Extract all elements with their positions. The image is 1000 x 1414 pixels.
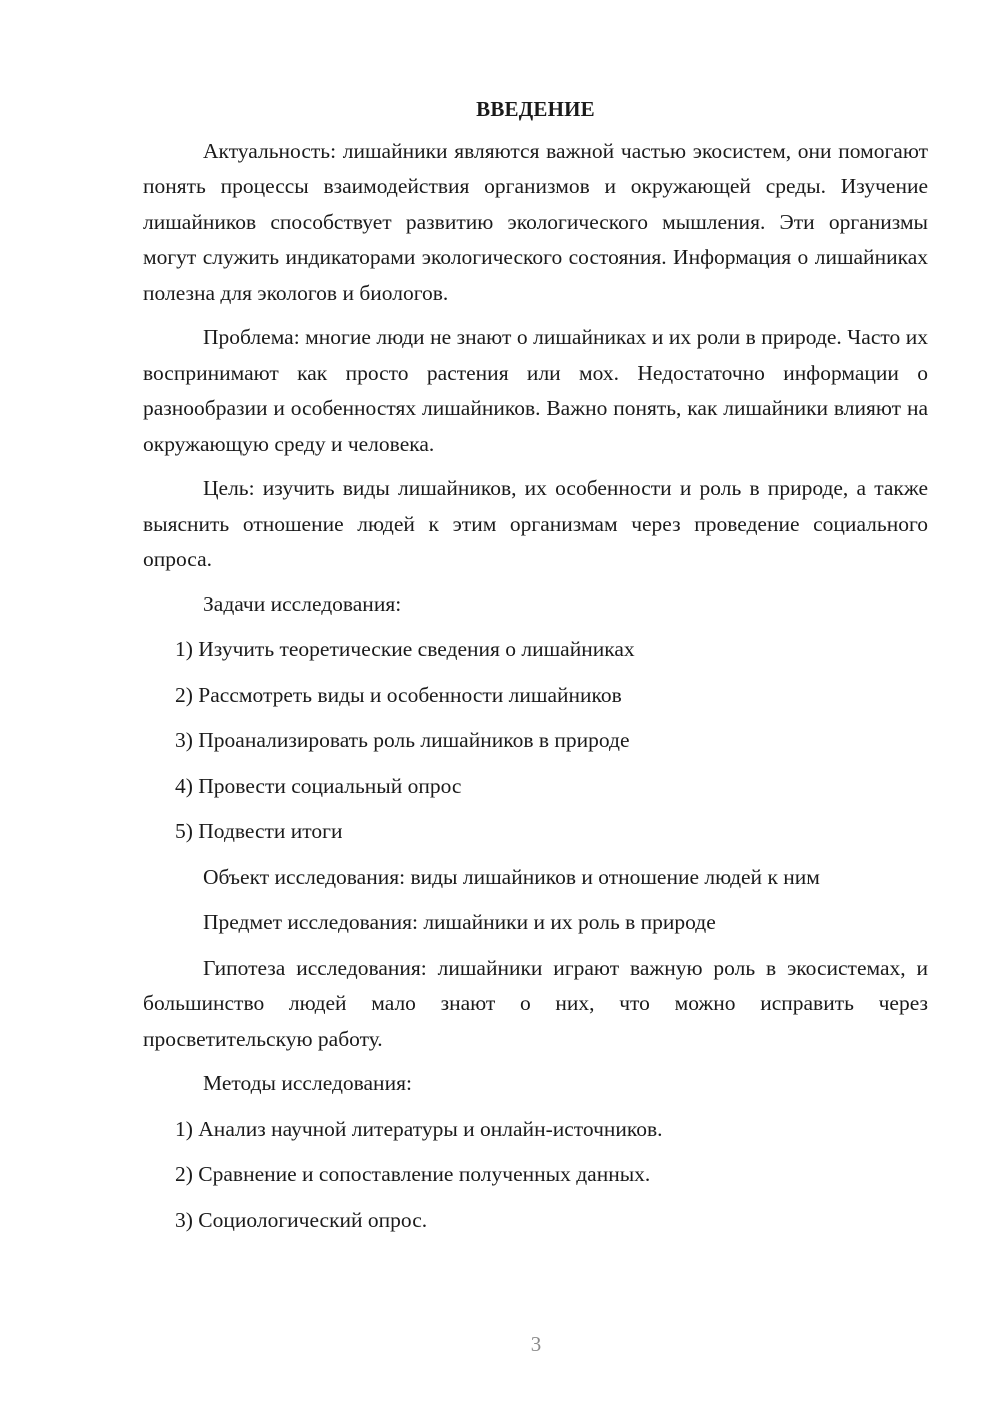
task-item: 5) Подвести итоги — [143, 814, 928, 850]
method-item: 3) Социологический опрос. — [143, 1203, 928, 1239]
document-page: ВВЕДЕНИЕ Актуальность: лишайники являютс… — [143, 92, 928, 1248]
relevance-paragraph: Актуальность: лишайники являются важной … — [143, 134, 928, 312]
method-item: 1) Анализ научной литературы и онлайн-ис… — [143, 1112, 928, 1148]
tasks-label: Задачи исследования: — [143, 587, 928, 623]
hypothesis-paragraph: Гипотеза исследования: лишайники играют … — [143, 951, 928, 1058]
methods-label: Методы исследования: — [143, 1066, 928, 1102]
method-item: 2) Сравнение и сопоставление полученных … — [143, 1157, 928, 1193]
page-title: ВВЕДЕНИЕ — [143, 92, 928, 128]
task-item: 4) Провести социальный опрос — [143, 769, 928, 805]
goal-paragraph: Цель: изучить виды лишайников, их особен… — [143, 471, 928, 578]
methods-list: 1) Анализ научной литературы и онлайн-ис… — [143, 1112, 928, 1239]
task-item: 2) Рассмотреть виды и особенности лишайн… — [143, 678, 928, 714]
task-item: 3) Проанализировать роль лишайников в пр… — [143, 723, 928, 759]
page-number: 3 — [0, 1332, 1000, 1357]
object-statement: Объект исследования: виды лишайников и о… — [143, 860, 928, 896]
problem-paragraph: Проблема: многие люди не знают о лишайни… — [143, 320, 928, 462]
tasks-list: 1) Изучить теоретические сведения о лиша… — [143, 632, 928, 850]
subject-statement: Предмет исследования: лишайники и их рол… — [143, 905, 928, 941]
task-item: 1) Изучить теоретические сведения о лиша… — [143, 632, 928, 668]
